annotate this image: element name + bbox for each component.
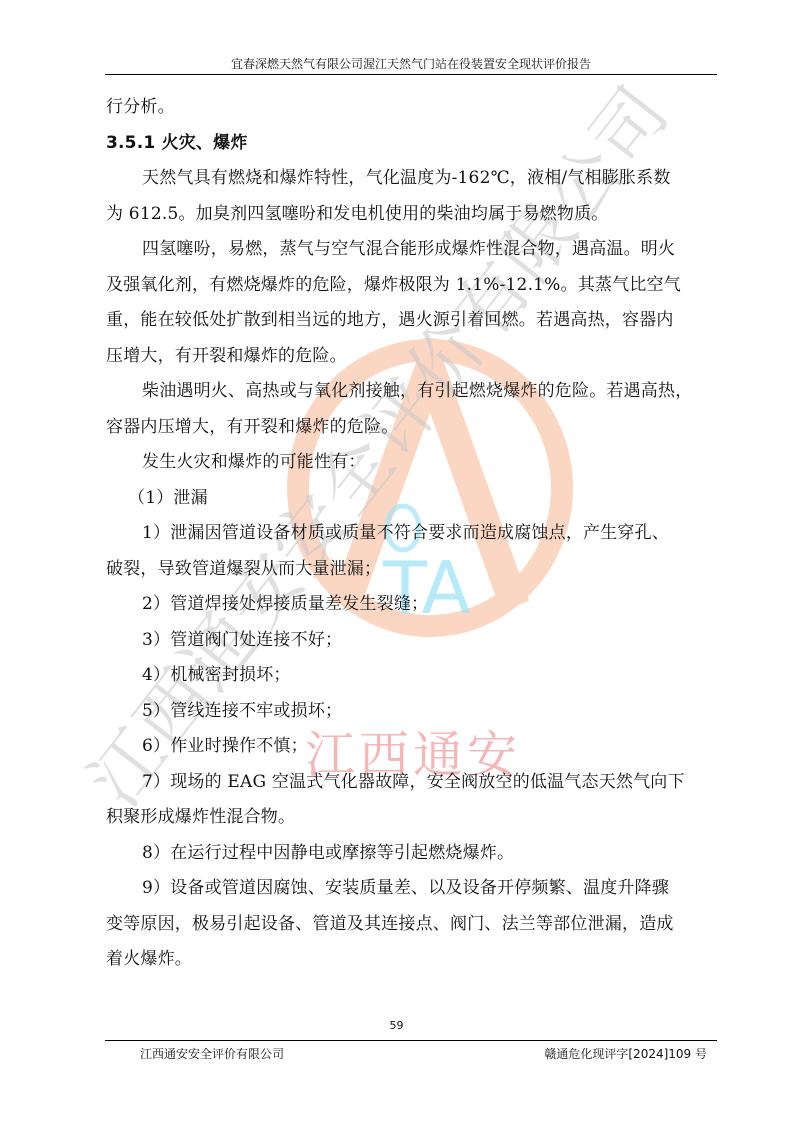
paragraph-line: 及强氧化剂，有燃烧爆炸的危险，爆炸极限为 1.1%-12.1%。其蒸气比空气 <box>106 268 718 304</box>
header-title: 宜春深燃天然气有限公司渥江天然气门站在役装置安全现状评价报告 <box>231 57 591 71</box>
paragraph-line: 行分析。 <box>106 90 718 126</box>
paragraph-line: 四氢噻吩，易燃，蒸气与空气混合能形成爆炸性混合物，遇高温。明火 <box>106 232 718 268</box>
list-item-continuation: 着火爆炸。 <box>106 942 718 978</box>
paragraph-line: 压增大，有开裂和爆炸的危险。 <box>106 339 718 375</box>
list-item-continuation: 积聚形成爆炸性混合物。 <box>106 800 718 836</box>
page-header: 宜春深燃天然气有限公司渥江天然气门站在役装置安全现状评价报告 <box>105 57 717 75</box>
footer-company: 江西通安安全评价有限公司 <box>140 1045 284 1062</box>
list-item: 4）机械密封损坏； <box>106 658 718 694</box>
document-body: 行分析。 3.5.1 火灾、爆炸 天然气具有燃烧和爆炸特性，气化温度为-162℃… <box>106 90 718 978</box>
list-item: 2）管道焊接处焊接质量差发生裂缝； <box>106 587 718 623</box>
footer-report-number: 赣通危化现评字[2024]109 号 <box>544 1045 707 1062</box>
list-item: 9）设备或管道因腐蚀、安装质量差、以及设备开停频繁、温度升降骤 <box>106 871 718 907</box>
page-number: 59 <box>0 1019 793 1032</box>
list-item-continuation: 破裂，导致管道爆裂从而大量泄漏； <box>106 552 718 588</box>
list-item-continuation: 变等原因，极易引起设备、管道及其连接点、阀门、法兰等部位泄漏，造成 <box>106 907 718 943</box>
list-heading: （1）泄漏 <box>106 481 718 517</box>
list-item: 7）现场的 EAG 空温式气化器故障，安全阀放空的低温气态天然气向下 <box>106 765 718 801</box>
paragraph-line: 为 612.5。加臭剂四氢噻吩和发电机使用的柴油均属于易燃物质。 <box>106 197 718 233</box>
page-footer: 江西通安安全评价有限公司 赣通危化现评字[2024]109 号 <box>105 1040 717 1041</box>
paragraph-line: 发生火灾和爆炸的可能性有： <box>106 445 718 481</box>
paragraph-line: 柴油遇明火、高热或与氧化剂接触，有引起燃烧爆炸的危险。若遇高热， <box>106 374 718 410</box>
list-item: 1）泄漏因管道设备材质或质量不符合要求而造成腐蚀点，产生穿孔、 <box>106 516 718 552</box>
section-heading: 3.5.1 火灾、爆炸 <box>106 126 718 162</box>
list-item: 5）管线连接不牢或损坏； <box>106 694 718 730</box>
list-item: 3）管道阀门处连接不好； <box>106 623 718 659</box>
list-item: 6）作业时操作不慎； <box>106 729 718 765</box>
list-item: 8）在运行过程中因静电或摩擦等引起燃烧爆炸。 <box>106 836 718 872</box>
paragraph-line: 天然气具有燃烧和爆炸特性，气化温度为-162℃，液相/气相膨胀系数 <box>106 161 718 197</box>
paragraph-line: 容器内压增大，有开裂和爆炸的危险。 <box>106 410 718 446</box>
paragraph-line: 重，能在较低处扩散到相当远的地方，遇火源引着回燃。若遇高热，容器内 <box>106 303 718 339</box>
